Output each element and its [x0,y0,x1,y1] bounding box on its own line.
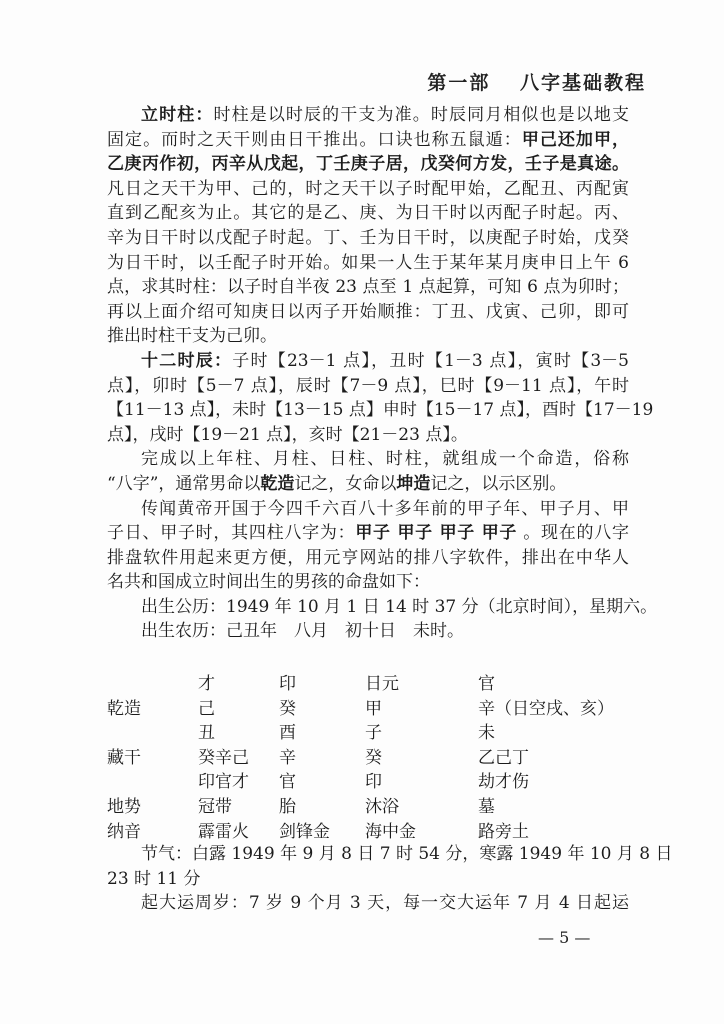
body-text: 立时柱：时柱是以时辰的干支为准。时辰同月相似也是以地支 固定。而时之天干则由日干… [107,103,629,644]
text-line: 十二时辰：子时【23－1 点】，丑时【1－3 点】，寅时【3－5 [107,349,629,374]
birth-solar: 出生公历：1949 年 10 月 1 日 14 时 37 分（北京时间），星期六… [107,595,629,620]
text-span: 。现在的八字 [517,523,629,543]
text-line: 再以上面介绍可知庚日以丙子开始顺推：丁丑、戊寅、己卯，即可 [107,300,629,325]
term-jiazi: 甲子 甲子 甲子 甲子 [355,523,517,543]
jieqi-block: 节气：白露 1949 年 9 月 8 日 7 时 54 分，寒露 1949 年 … [107,842,629,916]
text-line: “八字”，通常男命以乾造记之，女命以坤造记之，以示区别。 [107,472,629,497]
dayun-line: 起大运周岁：7 岁 9 个月 3 天，每一交大运年 7 月 4 日起运 [107,891,629,916]
term-heading: 十二时辰： [141,351,232,371]
term-heading: 立时柱： [141,105,213,125]
text-line: 名共和国成立时间出生的男孩的命盘如下： [107,570,629,595]
table-cell: 印官才 [198,767,249,792]
mnemonic-text: 甲己还加甲， [522,130,629,150]
row-label: 藏干 [107,743,141,768]
table-cell: 冠带 [198,792,232,817]
table-cell: 乙己丁 [478,743,529,768]
birth-lunar: 出生农历：己丑年 八月 初十日 未时。 [107,619,629,644]
text-line: 为日干时，以壬配子时开始。如果一人生于某年某月庚申日上午 6 [107,251,629,276]
table-cell: 己 [198,694,215,719]
book-title: 八字基础教程 [520,72,646,94]
part-label: 第一部 [427,72,490,94]
text-line: 【11－13 点】，未时【13－15 点】申时【15－17 点】，酉时【17－1… [107,398,629,423]
table-cell: 印 [279,669,296,694]
term-kunzao: 坤造 [396,474,430,494]
text-span: 记之，女命以 [294,474,396,494]
table-cell: 胎 [279,792,296,817]
table-cell: 剑锋金 [279,817,330,842]
text-line: 直到乙配亥为止。其它的是乙、庚、为日干时以丙配子时起。丙、 [107,201,629,226]
table-cell: 墓 [478,792,495,817]
table-cell: 癸 [279,694,296,719]
text-line: 点】，戌时【19－21 点】，亥时【21－23 点】。 [107,423,629,448]
text-span: 固定。而时之天干则由日干推出。口诀也称五鼠遁： [107,130,522,150]
text-line: 乙庚丙作初，丙辛从戊起，丁壬庚子居，戊癸何方发，壬子是真途。 [107,152,629,177]
table-cell: 甲 [365,694,382,719]
book-page: 第一部 八字基础教程 立时柱：时柱是以时辰的干支为准。时辰同月相似也是以地支 固… [0,0,724,1024]
page-number: — 5 — [538,928,590,947]
text-line: 排盘软件用起来更方便，用元亨网站的排八字软件，排出在中华人 [107,546,629,571]
row-label: 纳音 [107,817,141,842]
table-cell: 霹雷火 [198,817,249,842]
row-label: 乾造 [107,694,141,719]
text-line: 点，求其时柱：以子时自半夜 23 点至 1 点起算，可知 6 点为卯时； [107,275,629,300]
text-span: 子时【23－1 点】，丑时【1－3 点】，寅时【3－5 [232,351,629,371]
table-cell: 子 [365,718,382,743]
jieqi-line: 节气：白露 1949 年 9 月 8 日 7 时 54 分，寒露 1949 年 … [107,842,629,867]
running-head: 第一部 八字基础教程 [427,68,646,95]
text-line: 立时柱：时柱是以时辰的干支为准。时辰同月相似也是以地支 [107,103,629,128]
table-cell: 未 [478,718,495,743]
text-line: 传闻黄帝开国于今四千六百八十多年前的甲子年、甲子月、甲 [107,497,629,522]
text-line: 完成以上年柱、月柱、日柱、时柱，就组成一个命造，俗称 [107,447,629,472]
row-label: 地势 [107,792,141,817]
table-cell: 癸 [365,743,382,768]
text-line: 辛为日干时以戊配子时起。丁、壬为日干时，以庚配子时始，戊癸 [107,226,629,251]
text-span: 记之，以示区别。 [430,474,566,494]
text-span: “八字”，通常男命以 [107,474,260,494]
text-line: 点】，卯时【5－7 点】，辰时【7－9 点】，巳时【9－11 点】，午时 [107,374,629,399]
table-cell: 印 [365,767,382,792]
table-cell: 丑 [198,718,215,743]
text-span: 时柱是以时辰的干支为准。时辰同月相似也是以地支 [213,105,629,125]
table-cell: 日元 [365,669,399,694]
text-line: 推出时柱干支为己卯。 [107,324,629,349]
table-cell: 酉 [279,718,296,743]
table-cell: 劫才伤 [478,767,529,792]
text-line: 子日、甲子时，其四柱八字为：甲子 甲子 甲子 甲子 。现在的八字 [107,521,629,546]
text-line: 固定。而时之天干则由日干推出。口诀也称五鼠遁：甲己还加甲， [107,128,629,153]
jieqi-line: 23 时 11 分 [107,867,629,892]
table-cell: 才 [198,669,215,694]
table-cell: 辛 [279,743,296,768]
table-cell: 海中金 [365,817,416,842]
text-line: 凡日之天干为甲、己的，时之天干以子时配甲始，乙配丑、丙配寅 [107,177,629,202]
table-cell: 路旁土 [478,817,529,842]
table-cell: 官 [279,767,296,792]
table-cell: 官 [478,669,495,694]
text-span: 子日、甲子时，其四柱八字为： [107,523,355,543]
term-qianzao: 乾造 [260,474,294,494]
table-cell: 沐浴 [365,792,399,817]
table-cell: 癸辛己 [198,743,249,768]
table-cell: 辛（日空戌、亥） [478,694,614,719]
